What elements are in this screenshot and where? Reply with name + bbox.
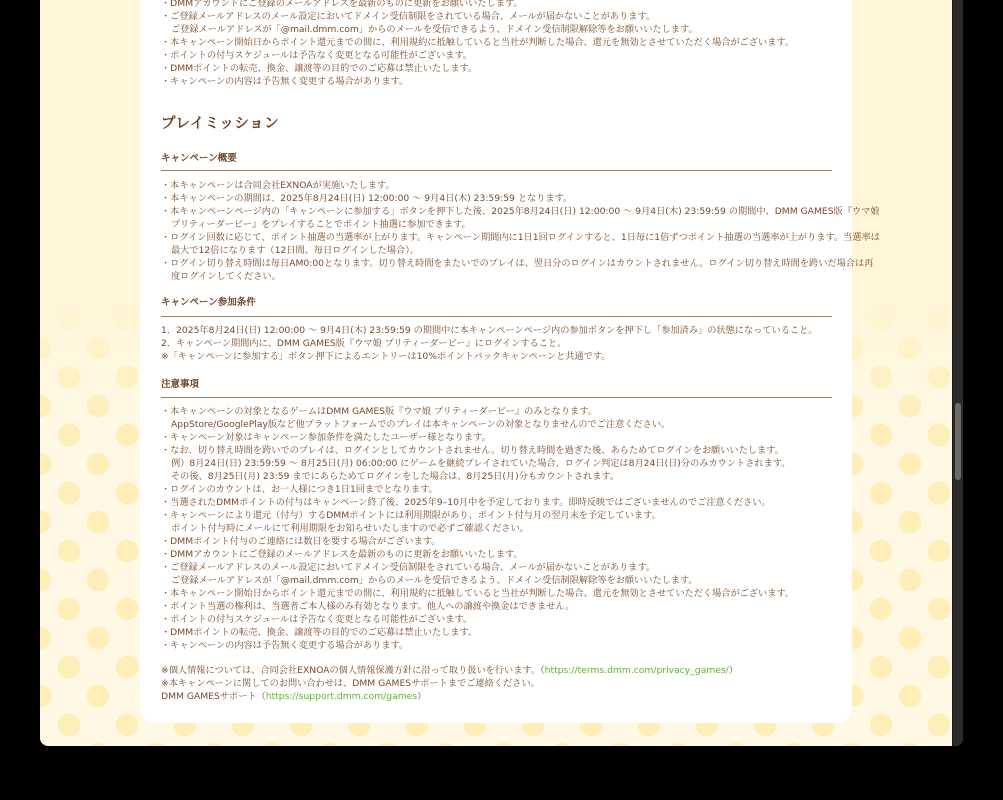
list-item: ・DMMアカウントにご登録のメールアドレスを最新のものに更新をお願いいたします。 [161,0,794,10]
overview-list: ・本キャンペーンは合同会社EXNOAが実施いたします。・本キャンペーンの期間は、… [161,179,832,283]
list-item: ・ポイントの付与スケジュールは予告なく変更となる可能性がございます。 [161,49,794,62]
notes-heading: 注意事項 [161,378,832,391]
list-item: ・ログイン切り替え時間は毎日AM0:00となります。切り替え時間をまたいでのプレ… [161,257,832,270]
list-item: ・キャンペーンの内容は予告無く変更する場合があります。 [161,639,832,652]
campaign-terms-card: ・DMMアカウントにご登録のメールアドレスを最新のものに更新をお願いいたします。… [140,0,852,723]
support-close: ） [417,691,426,702]
list-item: ・ポイントの付与スケジュールは予告なく変更となる可能性がございます。 [161,613,832,626]
list-item: ・ご登録メールアドレスのメール設定においてドメイン受信制限をされている場合、メー… [161,561,832,574]
list-item: 1．2025年8月24日(日) 12:00:00 ～ 9月4日(木) 23:59… [161,324,832,337]
list-item: ・本キャンペーンは合同会社EXNOAが実施いたします。 [161,179,832,192]
list-item: ・DMMアカウントにご登録のメールアドレスを最新のものに更新をお願いいたします。 [161,548,832,561]
vertical-scrollbar[interactable] [952,0,963,746]
list-item: ご登録メールアドレスが「@mail.dmm.com」からのメールを受信できるよう… [161,574,832,587]
list-item: AppStore/GooglePlay版など他プラットフォームでのプレイは本キャ… [161,418,832,431]
support-label: DMM GAMESサポート（ [161,691,266,702]
list-item: ・なお、切り替え時間を跨いでのプレイは、ログインとしてカウントされません。切り替… [161,444,832,457]
list-item: ・本キャンペーン開始日からポイント還元までの間に、利用規約に抵触していると当社が… [161,36,794,49]
list-item: ・当選されたDMMポイントの付与はキャンペーン終了後、2025年9–10月中を予… [161,496,832,509]
list-item: その後、8月25日(月) 23:59 までにあらためてログインをした場合は、8月… [161,470,832,483]
list-item: ・本キャンペーンページ内の「キャンペーンに参加する」ボタンを押下した後、2025… [161,205,832,218]
list-item: ・ご登録メールアドレスのメール設定においてドメイン受信制限をされている場合、メー… [161,10,794,23]
privacy-close: ） [729,665,738,676]
list-item: ・キャンペーン対象はキャンペーン参加条件を満たしたユーザー様となります。 [161,431,832,444]
list-item: 2．キャンペーン期間内に、DMM GAMES版『ウマ娘 プリティーダービー』にロ… [161,337,832,350]
conditions-divider [161,316,832,317]
privacy-note: ※個人情報については、合同会社EXNOAの個人情報保護方針に沿って取り扱いを行い… [161,664,832,677]
section-title: プレイミッション [161,118,279,131]
list-item: ・キャンペーンの内容は予告無く変更する場合があります。 [161,75,794,88]
browser-viewport: ・DMMアカウントにご登録のメールアドレスを最新のものに更新をお願いいたします。… [40,0,963,746]
privacy-text: ※個人情報については、合同会社EXNOAの個人情報保護方針に沿って取り扱いを行い… [161,665,545,676]
list-item: ・本キャンペーンの対象となるゲームはDMM GAMES版『ウマ娘 プリティーダー… [161,405,832,418]
list-item: ・キャンペーンにより還元（付与）するDMMポイントには利用期限があり、ポイント付… [161,509,832,522]
list-item: ご登録メールアドレスが「@mail.dmm.com」からのメールを受信できるよう… [161,23,794,36]
privacy-policy-link[interactable]: https://terms.dmm.com/privacy_games/ [545,665,729,676]
list-item: 最大で12倍になります（12日間、毎日ログインした場合）。 [161,244,832,257]
footer-info: ※個人情報については、合同会社EXNOAの個人情報保護方針に沿って取り扱いを行い… [161,664,832,703]
conditions-list: 1．2025年8月24日(日) 12:00:00 ～ 9月4日(木) 23:59… [161,324,832,363]
scrollbar-thumb[interactable] [955,403,961,480]
list-item: ・ポイント当選の権利は、当選者ご本人様のみ有効となります。他人への譲渡や換金はで… [161,600,832,613]
list-item: ・DMMポイント付与のご連絡には数日を要する場合がございます。 [161,535,832,548]
previous-section-notes: ・DMMアカウントにご登録のメールアドレスを最新のものに更新をお願いいたします。… [161,0,794,88]
list-item: ・DMMポイントの転売、換金、譲渡等の目的でのご応募は禁止いたします。 [161,62,794,75]
list-item: ポイント付与時にメールにて利用期限をお知らせいたしますので必ずご確認ください。 [161,522,832,535]
support-link[interactable]: https://support.dmm.com/games [266,691,417,702]
overview-heading: キャンペーン概要 [161,152,832,165]
list-item: ※「キャンペーンに参加する」ボタン押下によるエントリーは10%ポイントバックキャ… [161,350,832,363]
list-item: ・ログインのカウントは、お一人様につき1日1回までとなります。 [161,483,832,496]
list-item: ・本キャンペーン開始日からポイント還元までの間に、利用規約に抵触していると当社が… [161,587,832,600]
overview-divider [161,170,832,171]
support-note: DMM GAMESサポート（https://support.dmm.com/ga… [161,690,832,703]
list-item: ・ログイン回数に応じて、ポイント抽選の当選率が上がります。キャンペーン期間内に1… [161,231,832,244]
list-item: プリティーダービー』をプレイすることでポイント抽選に参加できます。 [161,218,832,231]
contact-note: ※本キャンペーンに関してのお問い合わせは、DMM GAMESサポートまでご連絡く… [161,677,832,690]
list-item: 例）8月24日(日) 23:59:59 ～ 8月25日(月) 06:00:00 … [161,457,832,470]
notes-list: ・本キャンペーンの対象となるゲームはDMM GAMES版『ウマ娘 プリティーダー… [161,405,832,652]
list-item: 度ログインしてください。 [161,270,832,283]
list-item: ・DMMポイントの転売、換金、譲渡等の目的でのご応募は禁止いたします。 [161,626,832,639]
conditions-heading: キャンペーン参加条件 [161,296,832,309]
list-item: ・本キャンペーンの期間は、2025年8月24日(日) 12:00:00 ～ 9月… [161,192,832,205]
notes-divider [161,397,832,398]
